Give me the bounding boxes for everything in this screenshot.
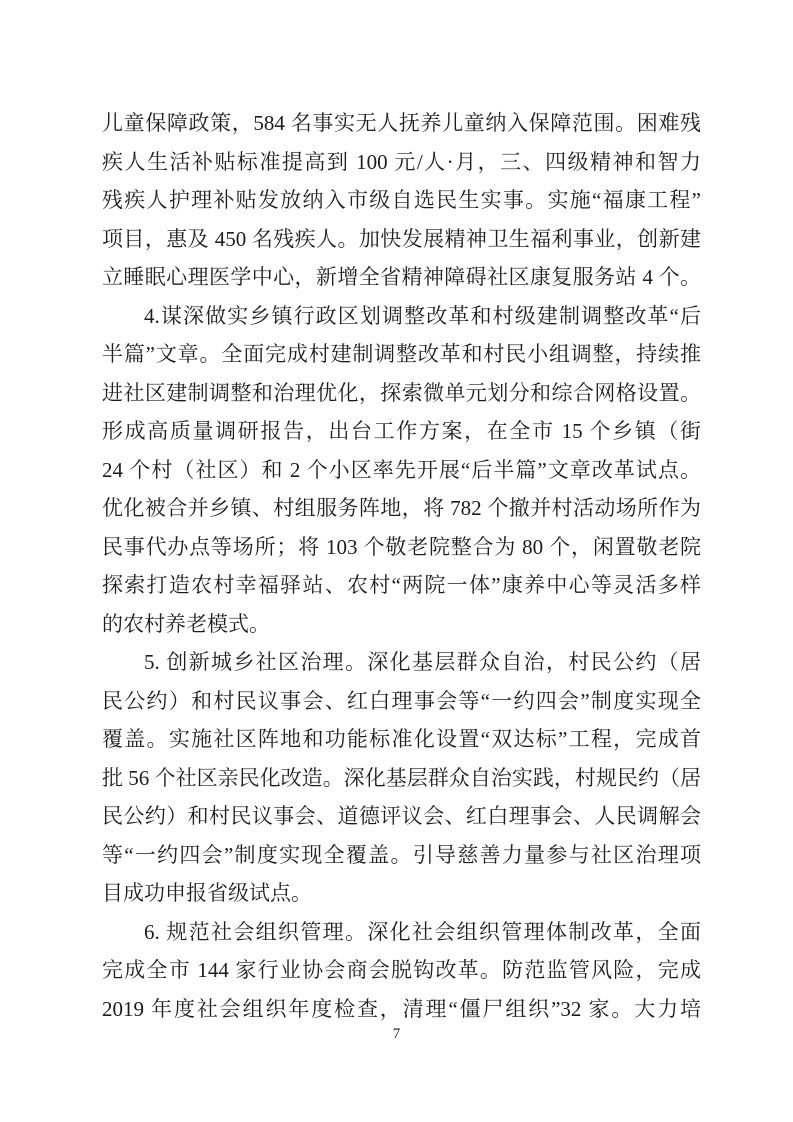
body-text: 儿童保障政策，584 名事实无人抚养儿童纳入保障范围。困难残疾人生活补贴标准提高… — [102, 104, 701, 1028]
text-line: 进社区建制调整和治理优化，探索微单元划分和综合网格设置。 — [102, 374, 701, 413]
text-line: 形成高质量调研报告，出台工作方案，在全市 15 个乡镇（街道）、 — [102, 412, 701, 451]
text-line: 4.谋深做实乡镇行政区划调整改革和村级建制调整改革“后 — [102, 297, 701, 336]
text-line: 民公约）和村民议事会、道德评议会、红白理事会、人民调解会 — [102, 797, 701, 836]
text-line: 民公约）和村民议事会、红白理事会等“一约四会”制度实现全 — [102, 682, 701, 721]
text-line: 残疾人护理补贴发放纳入市级自选民生实事。实施“福康工程” — [102, 181, 701, 220]
text-line: 目成功申报省级试点。 — [102, 874, 701, 913]
text-line: 完成全市 144 家行业协会商会脱钩改革。防范监管风险，完成 — [102, 951, 701, 990]
text-line: 等“一约四会”制度实现全覆盖。引导慈善力量参与社区治理项 — [102, 836, 701, 875]
text-line: 覆盖。实施社区阵地和功能标准化设置“双达标”工程，完成首 — [102, 720, 701, 759]
text-line: 6. 规范社会组织管理。深化社会组织管理体制改革，全面 — [102, 913, 701, 952]
text-line: 2019 年度社会组织年度检查，清理“僵尸组织”32 家。大力培 — [102, 990, 701, 1029]
text-line: 半篇”文章。全面完成村建制调整改革和村民小组调整，持续推 — [102, 335, 701, 374]
text-line: 疾人生活补贴标准提高到 100 元/人·月，三、四级精神和智力 — [102, 143, 701, 182]
text-line: 儿童保障政策，584 名事实无人抚养儿童纳入保障范围。困难残 — [102, 104, 701, 143]
document-page: 儿童保障政策，584 名事实无人抚养儿童纳入保障范围。困难残疾人生活补贴标准提高… — [0, 0, 793, 1122]
text-line: 24 个村（社区）和 2 个小区率先开展“后半篇”文章改革试点。 — [102, 451, 701, 490]
text-line: 批 56 个社区亲民化改造。深化基层群众自治实践，村规民约（居 — [102, 759, 701, 798]
text-line: 立睡眠心理医学中心，新增全省精神障碍社区康复服务站 4 个。 — [102, 258, 701, 297]
page-number: 7 — [0, 1025, 793, 1043]
text-line: 的农村养老模式。 — [102, 605, 701, 644]
text-line: 探索打造农村幸福驿站、农村“两院一体”康养中心等灵活多样 — [102, 566, 701, 605]
text-line: 项目，惠及 450 名残疾人。加快发展精神卫生福利事业，创新建 — [102, 220, 701, 259]
text-line: 民事代办点等场所；将 103 个敬老院整合为 80 个，闲置敬老院 — [102, 528, 701, 567]
text-line: 5. 创新城乡社区治理。深化基层群众自治，村民公约（居 — [102, 643, 701, 682]
text-line: 优化被合并乡镇、村组服务阵地，将 782 个撤并村活动场所作为 — [102, 489, 701, 528]
